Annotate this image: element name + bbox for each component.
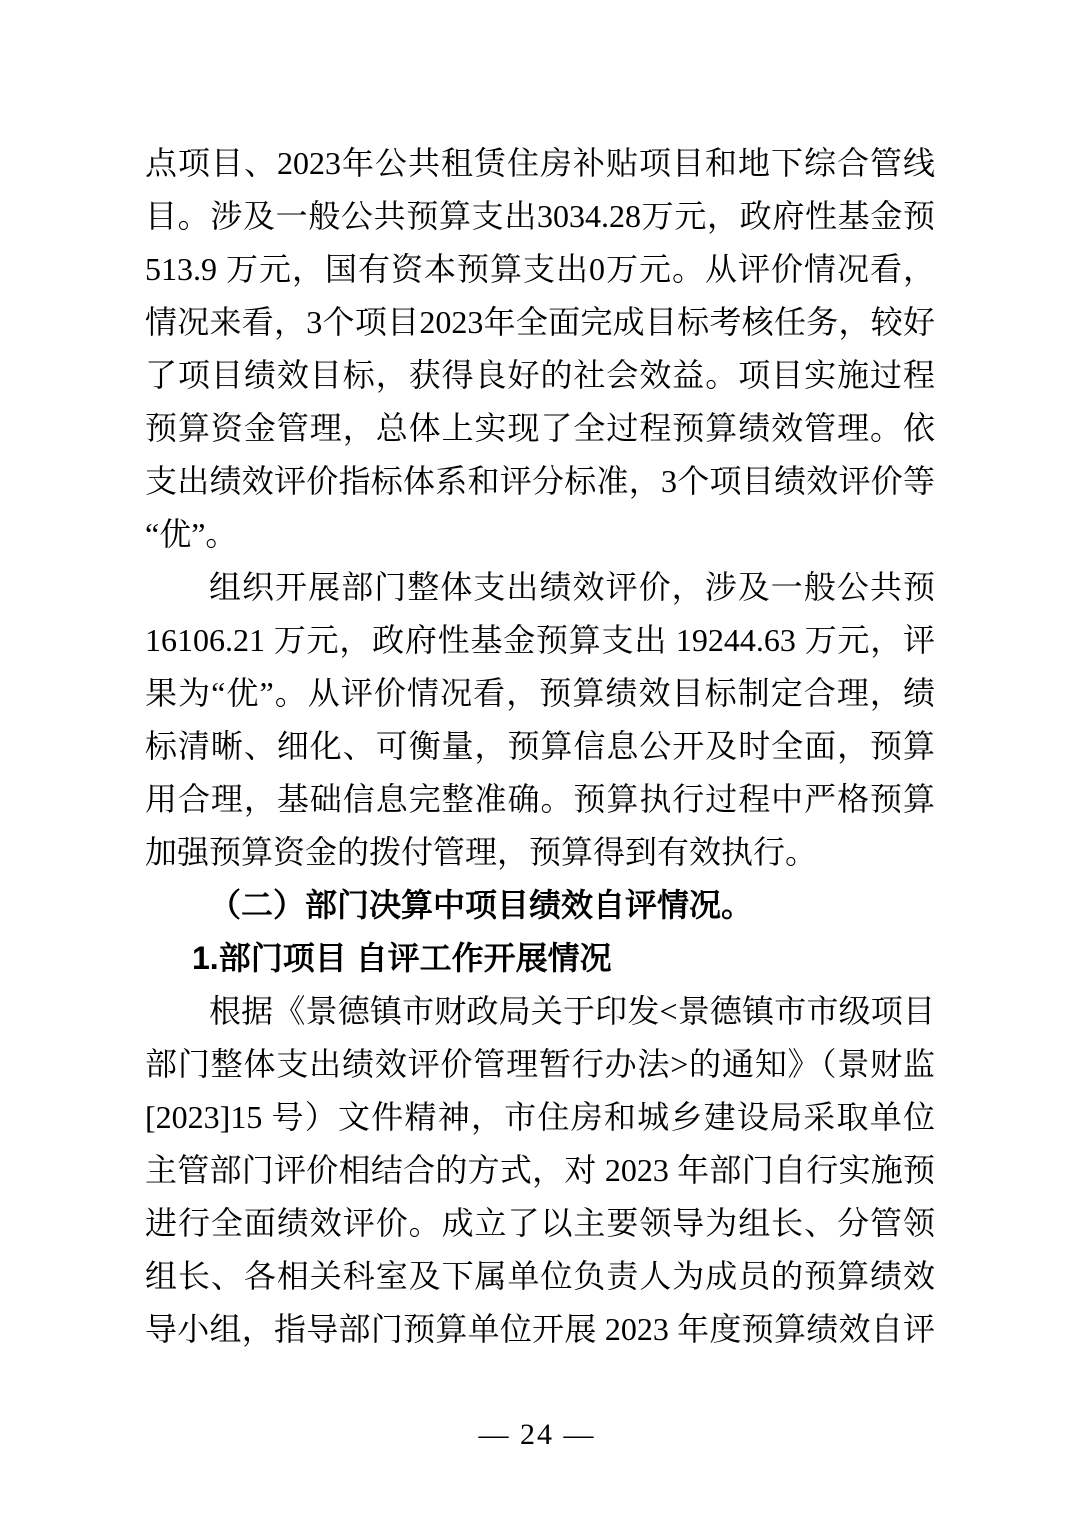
body-line: 16106.21 万元，政府性基金预算支出 19244.63 万元，评价结 xyxy=(145,614,935,667)
body-line: 进行全面绩效评价。成立了以主要领导为组长、分管领导为副 xyxy=(145,1197,935,1250)
body-line: 513.9 万元，国有资本预算支出0万元。从评价情况看，从评价 xyxy=(145,243,935,296)
body-line: 用合理，基础信息完整准确。预算执行过程中严格预算约束， xyxy=(145,773,935,826)
body-line: 点项目、2023年公共租赁住房补贴项目和地下综合管线普查项 xyxy=(145,137,935,190)
section-heading: （二）部门决算中项目绩效自评情况。 xyxy=(145,879,935,932)
body-line: 标清晰、细化、可衡量，预算信息公开及时全面，预算资金使 xyxy=(145,720,935,773)
body-line: 主管部门评价相结合的方式，对 2023 年部门自行实施预算项目 xyxy=(145,1144,935,1197)
body-line-paragraph-end: 导小组，指导部门预算单位开展 2023 年度预算绩效自评工作。 xyxy=(145,1303,935,1356)
subsection-heading: 1.部门项目 自评工作开展情况 xyxy=(145,932,935,985)
body-line: [2023]15 号）文件精神，市住房和城乡建设局采取单位自评和 xyxy=(145,1091,935,1144)
body-line: 目。涉及一般公共预算支出3034.28万元，政府性基金预算支出 xyxy=(145,190,935,243)
footer-page-number: — 24 — xyxy=(0,1408,1074,1461)
body-line: 情况来看，3个项目2023年全面完成目标考核任务，较好地完成 xyxy=(145,296,935,349)
body-line: 果为“优”。从评价情况看，预算绩效目标制定合理，绩效指 xyxy=(145,667,935,720)
body-line-paragraph-end: 加强预算资金的拨付管理，预算得到有效执行。 xyxy=(145,826,935,879)
document-page: 点项目、2023年公共租赁住房补贴项目和地下综合管线普查项 目。涉及一般公共预算… xyxy=(145,137,935,1356)
body-line-paragraph-start: 根据《景德镇市财政局关于印发<景德镇市市级项目支出和 xyxy=(145,985,935,1038)
body-line-paragraph-end: “优”。 xyxy=(145,508,935,561)
body-line: 了项目绩效目标，获得良好的社会效益。项目实施过程中做好 xyxy=(145,349,935,402)
body-line: 部门整体支出绩效评价管理暂行办法>的通知》（景财监字 xyxy=(145,1038,935,1091)
body-line: 预算资金管理，总体上实现了全过程预算绩效管理。依据项目 xyxy=(145,402,935,455)
body-line: 支出绩效评价指标体系和评分标准，3个项目绩效评价等级均为 xyxy=(145,455,935,508)
body-line: 组长、各相关科室及下属单位负责人为成员的预算绩效管理领 xyxy=(145,1250,935,1303)
body-line-paragraph-start: 组织开展部门整体支出绩效评价，涉及一般公共预算支出 xyxy=(145,561,935,614)
